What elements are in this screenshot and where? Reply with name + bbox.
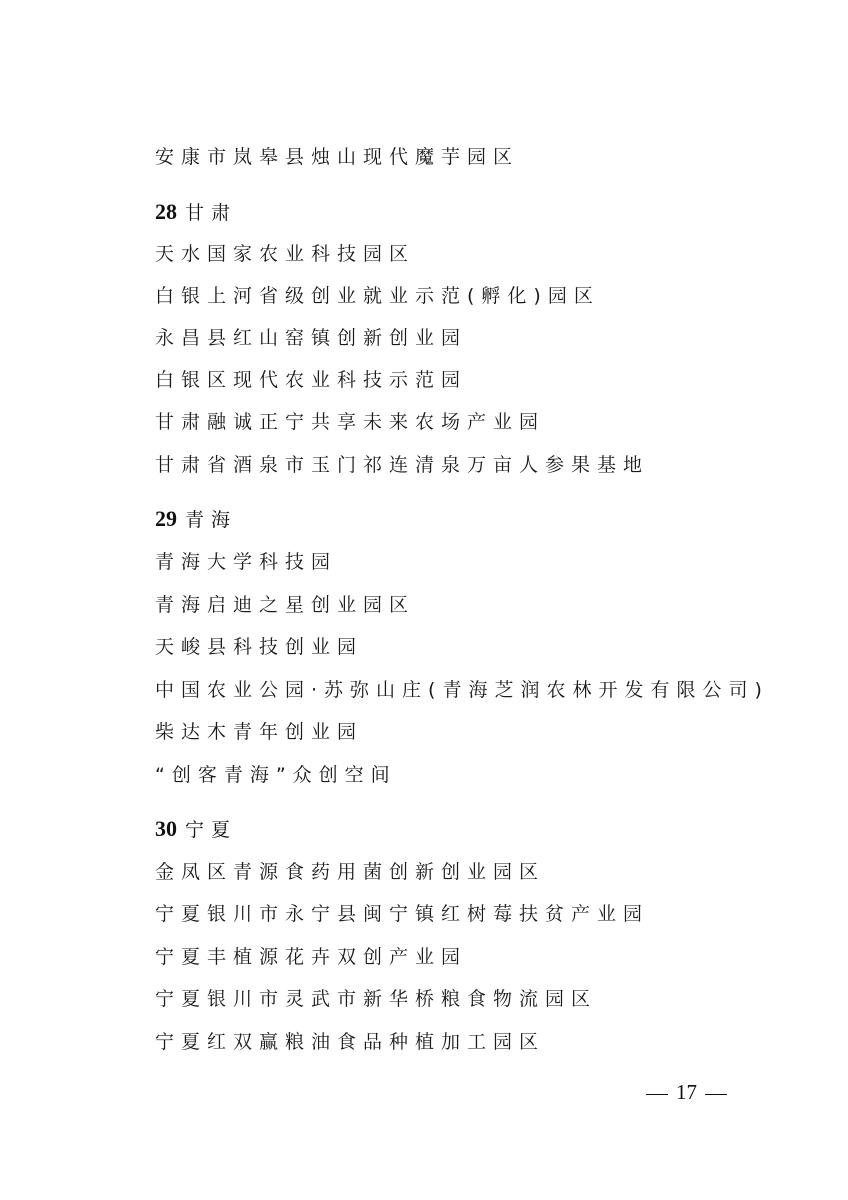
list-item: 青海启迪之星创业园区	[155, 591, 415, 619]
page-number: 17	[638, 1078, 735, 1106]
list-item: 宁夏银川市灵武市新华桥粮食物流园区	[155, 985, 597, 1013]
list-item: 天水国家农业科技园区	[155, 240, 415, 268]
list-item: 金凤区青源食药用菌创新创业园区	[155, 858, 545, 886]
section-name: 甘肃	[185, 202, 237, 224]
list-item: 宁夏红双赢粮油食品种植加工园区	[155, 1028, 545, 1056]
list-item: 天峻县科技创业园	[155, 633, 363, 661]
section-heading-gansu: 28甘肃	[155, 198, 237, 226]
list-item: 甘肃省酒泉市玉门祁连清泉万亩人参果基地	[155, 451, 649, 479]
list-item: 甘肃融诚正宁共享未来农场产业园	[155, 408, 545, 436]
list-item: 宁夏丰植源花卉双创产业园	[155, 943, 467, 971]
section-heading-ningxia: 30宁夏	[155, 815, 237, 843]
section-heading-qinghai: 29青海	[155, 505, 237, 533]
section-name: 青海	[185, 509, 237, 531]
list-item: “创客青海”众创空间	[155, 761, 397, 789]
list-item: 青海大学科技园	[155, 548, 337, 576]
list-item: 安康市岚皋县烛山现代魔芋园区	[155, 143, 519, 171]
section-number: 30	[155, 816, 177, 841]
section-name: 宁夏	[185, 819, 237, 841]
list-item: 中国农业公园·苏弥山庄(青海芝润农林开发有限公司)	[155, 676, 769, 704]
list-item: 柴达木青年创业园	[155, 718, 363, 746]
dash-decoration	[705, 1094, 727, 1095]
list-item: 白银上河省级创业就业示范(孵化)园区	[155, 282, 600, 310]
list-item: 宁夏银川市永宁县闽宁镇红树莓扶贫产业园	[155, 900, 649, 928]
dash-decoration	[646, 1094, 668, 1095]
page-number-value: 17	[676, 1080, 697, 1104]
section-number: 29	[155, 506, 177, 531]
section-number: 28	[155, 199, 177, 224]
list-item: 白银区现代农业科技示范园	[155, 366, 467, 394]
list-item: 永昌县红山窑镇创新创业园	[155, 324, 467, 352]
document-page: 安康市岚皋县烛山现代魔芋园区 28甘肃 天水国家农业科技园区 白银上河省级创业就…	[0, 0, 848, 1200]
